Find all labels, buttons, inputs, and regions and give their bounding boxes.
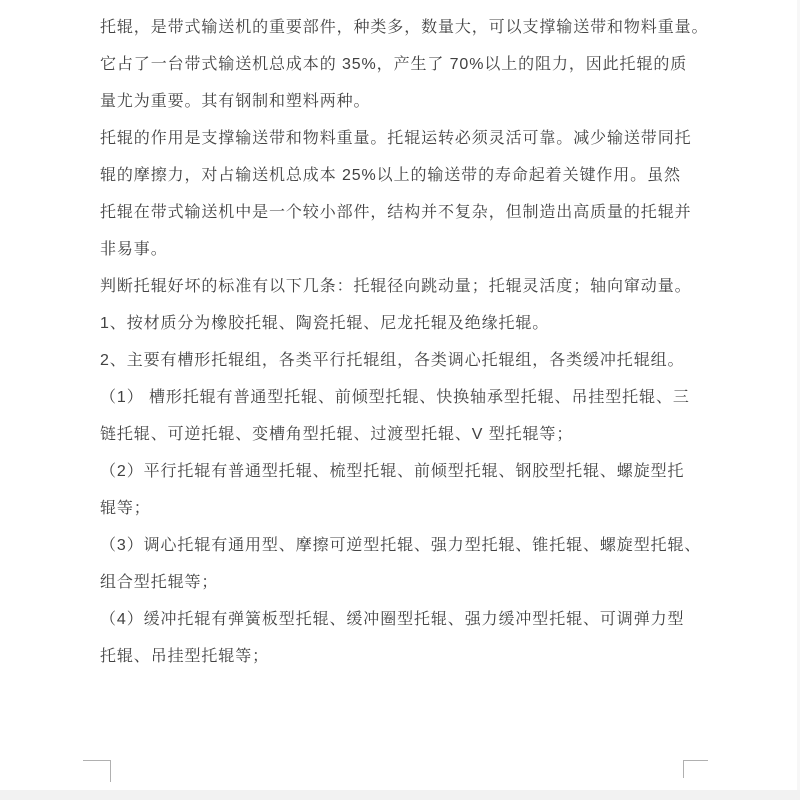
text-line[interactable]: 组合型托辊等； xyxy=(100,564,720,601)
text-line[interactable]: 托辊在带式输送机中是一个较小部件，结构并不复杂，但制造出高质量的托辊并 xyxy=(100,194,720,231)
text-line[interactable]: 非易事。 xyxy=(100,231,720,268)
text-line[interactable]: 辊等； xyxy=(100,490,720,527)
text-line[interactable]: 判断托辊好坏的标准有以下几条：托辊径向跳动量；托辊灵活度；轴向窜动量。 xyxy=(100,268,720,305)
text-line[interactable]: 量尤为重要。其有钢制和塑料两种。 xyxy=(100,83,720,120)
text-line[interactable]: 辊的摩擦力，对占输送机总成本 25%以上的输送带的寿命起着关键作用。虽然 xyxy=(100,157,720,194)
text-line[interactable]: 托辊、吊挂型托辊等； xyxy=(100,638,720,675)
text-line[interactable]: 1、按材质分为橡胶托辊、陶瓷托辊、尼龙托辊及绝缘托辊。 xyxy=(100,305,720,342)
document-text[interactable]: 托辊，是带式输送机的重要部件，种类多，数量大，可以支撑输送带和物料重量。它占了一… xyxy=(100,9,720,675)
bottom-right-margin-mark-icon xyxy=(683,760,708,778)
text-line[interactable]: 托辊的作用是支撑输送带和物料重量。托辊运转必须灵活可靠。减少输送带同托 xyxy=(100,120,720,157)
text-line[interactable]: （4）缓冲托辊有弹簧板型托辊、缓冲圈型托辊、强力缓冲型托辊、可调弹力型 xyxy=(100,601,720,638)
text-line[interactable]: （1） 槽形托辊有普通型托辊、前倾型托辊、快换轴承型托辊、吊挂型托辊、三 xyxy=(100,379,720,416)
document-page: 托辊，是带式输送机的重要部件，种类多，数量大，可以支撑输送带和物料重量。它占了一… xyxy=(0,0,800,800)
text-line[interactable]: 托辊，是带式输送机的重要部件，种类多，数量大，可以支撑输送带和物料重量。 xyxy=(100,9,720,46)
bottom-left-margin-mark-icon xyxy=(83,760,111,782)
text-line[interactable]: 它占了一台带式输送机总成本的 35%，产生了 70%以上的阻力，因此托辊的质 xyxy=(100,46,720,83)
text-line[interactable]: （2）平行托辊有普通型托辊、梳型托辊、前倾型托辊、钢胶型托辊、螺旋型托 xyxy=(100,453,720,490)
text-line[interactable]: 链托辊、可逆托辊、变槽角型托辊、过渡型托辊、V 型托辊等； xyxy=(100,416,720,453)
text-line[interactable]: （3）调心托辊有通用型、摩擦可逆型托辊、强力型托辊、锥托辊、螺旋型托辊、 xyxy=(100,527,720,564)
text-line[interactable]: 2、主要有槽形托辊组，各类平行托辊组，各类调心托辊组，各类缓冲托辊组。 xyxy=(100,342,720,379)
page-bottom-edge xyxy=(0,790,800,800)
